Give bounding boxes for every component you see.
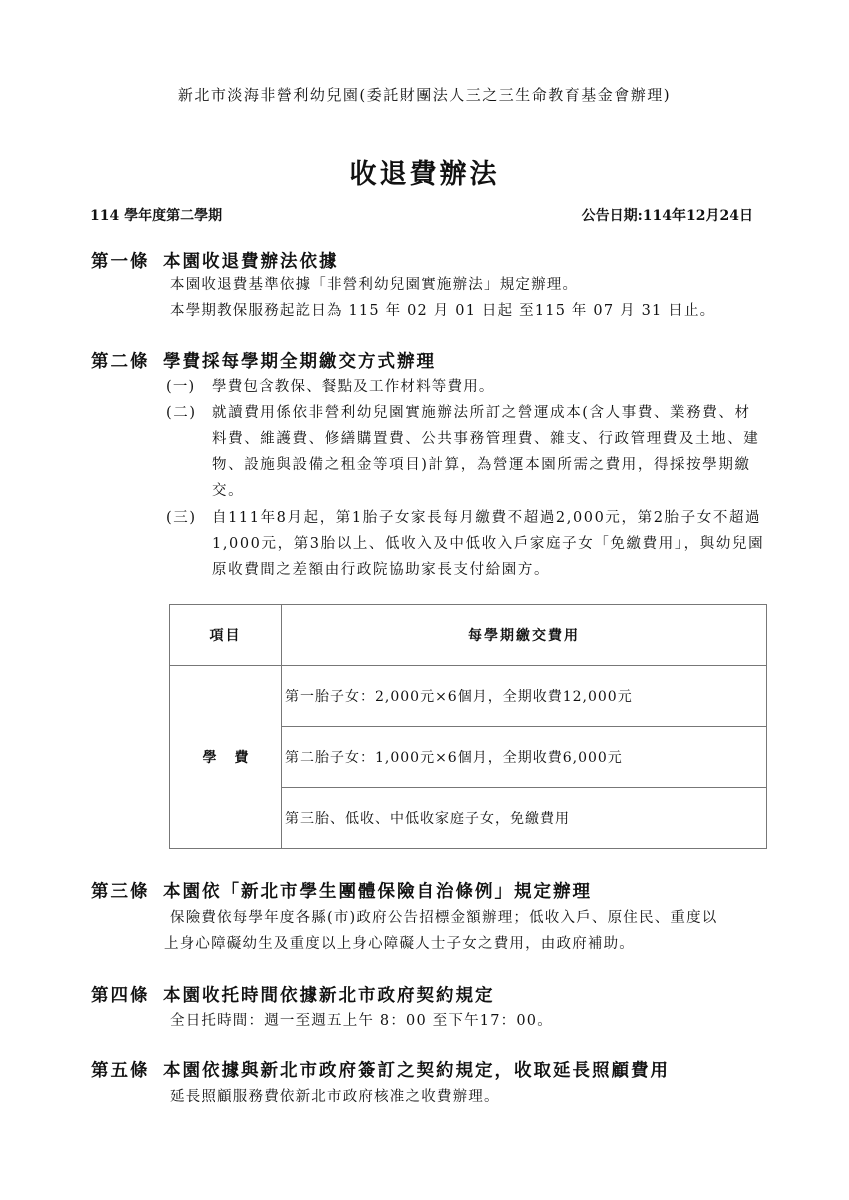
fee-table: 項目 每學期繳交費用 學費 第一胎子女：2,000元×6個月，全期收費12,00…	[169, 604, 767, 849]
article-number: 第三條	[91, 878, 163, 903]
article-title: 本園收退費辦法依據	[163, 252, 339, 272]
table-row: 學費 第一胎子女：2,000元×6個月，全期收費12,000元	[170, 666, 767, 727]
article-3-paragraph: 保險費依每學年度各縣(市)政府公告招標金額辦理；低收入戶、原住民、重度以	[170, 906, 718, 927]
article-5-heading: 第五條本園依據與新北市政府簽訂之契約規定，收取延長照顧費用	[91, 1057, 670, 1082]
article-number: 第五條	[91, 1057, 163, 1082]
fee-cell: 第一胎子女：2,000元×6個月，全期收費12,000元	[282, 666, 767, 727]
item-marker: (二)	[166, 400, 197, 426]
article-number: 第四條	[91, 982, 163, 1007]
article-4-paragraph: 全日托時間：週一至週五上午 8：00 至下午17：00。	[170, 1009, 553, 1030]
article-2-item: (二) 就讀費用係依非營利幼兒園實施辦法所訂之營運成本(含人事費、業務費、材料費…	[166, 400, 766, 504]
article-number: 第一條	[91, 248, 163, 273]
article-2-item: (一)學費包含教保、餐點及工作材料等費用。	[166, 375, 495, 396]
article-title: 本園依「新北市學生團體保險自治條例」規定辦理	[163, 882, 592, 902]
item-text: 就讀費用係依非營利幼兒園實施辦法所訂之營運成本(含人事費、業務費、材料費、維護費…	[212, 400, 766, 504]
document-title: 收退費辦法	[0, 152, 849, 191]
category-cell: 學費	[170, 666, 282, 849]
table-header-row: 項目 每學期繳交費用	[170, 605, 767, 666]
item-text: 自111年8月起，第1胎子女家長每月繳費不超過2,000元，第2胎子女不超過1,…	[212, 505, 766, 583]
article-title: 本園依據與新北市政府簽訂之契約規定，收取延長照顧費用	[163, 1061, 670, 1081]
article-3-heading: 第三條本園依「新北市學生團體保險自治條例」規定辦理	[91, 878, 592, 903]
item-text: 學費包含教保、餐點及工作材料等費用。	[212, 379, 495, 395]
article-5-paragraph: 延長照顧服務費依新北市政府核准之收費辦理。	[170, 1085, 500, 1106]
article-title: 本園收托時間依據新北市政府契約規定	[163, 986, 495, 1006]
article-number: 第二條	[91, 348, 163, 373]
item-marker: (三)	[166, 505, 197, 531]
fee-cell: 第三胎、低收、中低收家庭子女，免繳費用	[282, 788, 767, 849]
article-3-paragraph: 上身心障礙幼生及重度以上身心障礙人士子女之費用，由政府補助。	[164, 932, 635, 953]
announce-date: 公告日期:114年12月24日	[582, 205, 753, 225]
term-label: 114 學年度第二學期	[90, 205, 222, 225]
column-header-fee: 每學期繳交費用	[282, 605, 767, 666]
column-header-item: 項目	[170, 605, 282, 666]
organization-line: 新北市淡海非營利幼兒園(委託財團法人三之三生命教育基金會辦理)	[0, 84, 849, 105]
fee-cell: 第二胎子女：1,000元×6個月，全期收費6,000元	[282, 727, 767, 788]
article-4-heading: 第四條本園收托時間依據新北市政府契約規定	[91, 982, 495, 1007]
article-1-paragraph: 本園收退費基準依據「非營利幼兒園實施辦法」規定辦理。	[170, 273, 578, 294]
article-1-paragraph: 本學期教保服務起訖日為 115 年 02 月 01 日起 至115 年 07 月…	[170, 299, 715, 320]
item-marker: (一)	[166, 375, 212, 396]
article-2-heading: 第二條學費採每學期全期繳交方式辦理	[91, 348, 436, 373]
article-title: 學費採每學期全期繳交方式辦理	[163, 352, 436, 372]
article-1-heading: 第一條本園收退費辦法依據	[91, 248, 339, 273]
article-2-item: (三) 自111年8月起，第1胎子女家長每月繳費不超過2,000元，第2胎子女不…	[166, 505, 766, 583]
